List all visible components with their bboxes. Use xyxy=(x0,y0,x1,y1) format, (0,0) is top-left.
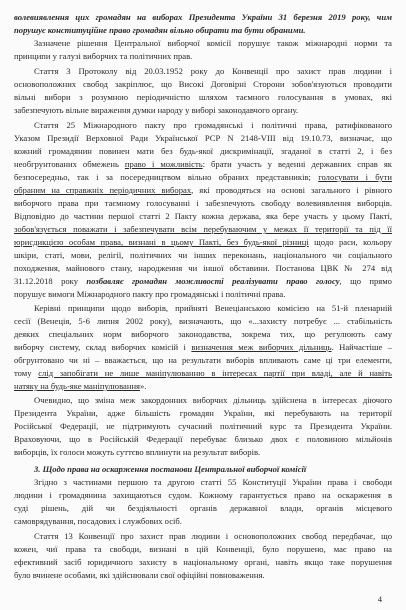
text-run: Зазначене рішення Центральної виборчої к… xyxy=(34,38,392,48)
text-run: безпосередньо, так і за посередництвом в… xyxy=(14,172,318,182)
text-run: ефективний засіб юридичного захисту в на… xyxy=(14,557,392,567)
underlined-text: юрисдикцією особам права, визнані в цьом… xyxy=(14,237,309,247)
text-run: Відповідно до частини першої статті 2 Па… xyxy=(14,211,392,221)
text-run: виборців, їх голоси можуть суттєво вплин… xyxy=(14,447,260,457)
text-run: порушує вимоги Міжнародного пакту про гр… xyxy=(14,289,285,299)
text-line: Стаття 13 Конвенції про захист прав люди… xyxy=(14,531,392,542)
text-line: вільні вибори з розумною періодичністю ш… xyxy=(14,92,392,103)
text-run: Очевидно, що зміна меж закордонних вибор… xyxy=(34,395,392,405)
text-line: Керівні принципи щодо виборів, прийняті … xyxy=(14,303,392,314)
text-run: виборчого права при таємному голосуванні… xyxy=(14,198,392,208)
text-line: суді рішень, дій чи бездіяльності органі… xyxy=(14,503,392,514)
text-run: ». xyxy=(140,381,146,391)
text-run: деяких спеціальних норм виборчого законо… xyxy=(14,329,392,339)
text-run: принципи у галузі виборчих та політичних… xyxy=(14,51,192,61)
text-line: принципи у галузі виборчих та політичних… xyxy=(14,51,392,62)
emphasized-text: позбавляє громадян можливості реалізуват… xyxy=(86,276,339,286)
text-line: сесії (Венеція, 5-6 липня 2002 року), ви… xyxy=(14,316,392,327)
underlined-text: слід запобігати не лише маніпулюванню в … xyxy=(38,368,392,378)
underlined-text: право і можливість xyxy=(125,159,203,169)
text-run: Згідно з частинами першою та другою стат… xyxy=(34,477,392,487)
text-run: 31.12.2018 року xyxy=(14,276,86,286)
text-run: людини і громадянина захищаються судом. … xyxy=(14,490,392,500)
text-run: шкіри, статі, мови, релігії, політичних … xyxy=(14,250,392,260)
text-run: Стаття 25 Міжнародного пакту про громадя… xyxy=(34,120,392,130)
document-page: волевиявлення цих громадян на виборах Пр… xyxy=(0,0,406,610)
text-run: кожний громадянин повинен мати без будь-… xyxy=(14,146,392,156)
underlined-text: зобов'язується поважати і забезпечувати … xyxy=(14,224,392,234)
underlined-text: голосувати і бути xyxy=(318,172,392,182)
text-run: суді рішень, дій чи бездіяльності органі… xyxy=(14,503,392,513)
text-run: Керівні принципи щодо виборів, прийняті … xyxy=(34,303,392,313)
text-run: Указом Президії Верховної Ради Українськ… xyxy=(14,133,392,143)
text-line: кожен, чиї права та свободи, визнані в ц… xyxy=(14,544,392,555)
text-line: необгрунтованих обмежень право і можливі… xyxy=(14,159,392,170)
text-line: ефективний засіб юридичного захисту в на… xyxy=(14,557,392,568)
text-line: Стаття 25 Міжнародного пакту про громадя… xyxy=(14,120,392,131)
text-line: Відповідно до частини першої статті 2 Па… xyxy=(14,211,392,222)
section-heading: 3. Щодо права на оскарження постанови Це… xyxy=(34,464,392,475)
text-line: Очевидно, що зміна меж закордонних вибор… xyxy=(14,395,392,406)
text-line: волевиявлення цих громадян на виборах Пр… xyxy=(14,12,392,23)
text-line: Президента України, адже більшість грома… xyxy=(14,408,392,419)
text-line: порушує конституційне право громадян віл… xyxy=(14,25,392,36)
text-run: Російської Федерації, не підтримують суч… xyxy=(14,421,392,431)
text-line: Зазначене рішення Центральної виборчої к… xyxy=(14,38,392,49)
text-line: виборців, їх голоси можуть суттєво вплин… xyxy=(14,447,392,458)
text-line: Стаття 3 Протоколу від 20.03.1952 року д… xyxy=(14,66,392,77)
text-line: кожний громадянин повинен мати без будь-… xyxy=(14,146,392,157)
text-line: обгрунтовано чи ні – вважається, що на р… xyxy=(14,355,392,366)
text-line: було вчинене особами, які здійснювали св… xyxy=(14,570,392,581)
text-line: Російської Федерації, не підтримують суч… xyxy=(14,421,392,432)
text-line: Згідно з частинами першою та другою стат… xyxy=(14,477,392,488)
text-run: вільні вибори з розумною періодичністю ш… xyxy=(14,92,392,102)
text-line: забезпечують вільне вираження думки наро… xyxy=(14,105,392,116)
text-line: 31.12.2018 року позбавляє громадян можли… xyxy=(14,276,392,287)
text-line: людини і громадянина захищаються судом. … xyxy=(14,490,392,501)
text-run: походження, майнового стану, народження … xyxy=(14,263,392,273)
text-run: забезпечують вільне вираження думки наро… xyxy=(14,105,298,115)
text-line: юрисдикцією особам права, визнані в цьом… xyxy=(14,237,392,248)
underlined-text: визначення меж виборчих дільниць xyxy=(191,342,331,352)
text-run: Стаття 3 Протоколу від 20.03.1952 року д… xyxy=(34,66,392,76)
text-run: необгрунтованих обмежень xyxy=(14,159,125,169)
text-run: . Найчастіше – xyxy=(332,342,392,352)
text-run: обгрунтовано чи ні – вважається, що на р… xyxy=(14,355,392,365)
text-line: натяку на будь-яке маніпулювання». xyxy=(14,381,392,392)
text-run: , що прямо xyxy=(340,276,392,286)
page-number: 4 xyxy=(378,594,382,605)
text-line: Враховуючи, що в Російській Федерації пе… xyxy=(14,434,392,445)
text-run: тому xyxy=(14,368,38,378)
emphasized-text: порушує конституційне право громадян віл… xyxy=(14,25,306,35)
text-line: шкіри, статі, мови, релігії, політичних … xyxy=(14,250,392,261)
text-line: тому слід запобігати не лише маніпулюван… xyxy=(14,368,392,379)
text-run: основоположних свобод закріплює, що Висо… xyxy=(14,79,392,89)
text-line: безпосередньо, так і за посередництвом в… xyxy=(14,172,392,183)
text-line: зобов'язується поважати і забезпечувати … xyxy=(14,224,392,235)
underlined-text: натяку на будь-яке маніпулювання xyxy=(14,381,140,391)
text-line: порушує вимоги Міжнародного пакту про гр… xyxy=(14,289,392,300)
text-run: самоврядування, посадових і службових ос… xyxy=(14,516,182,526)
text-run: Враховуючи, що в Російській Федерації пе… xyxy=(14,434,392,444)
text-line: походження, майнового стану, народження … xyxy=(14,263,392,274)
text-run: щодо раси, кольору xyxy=(309,237,392,247)
text-run: Президента України, адже більшість грома… xyxy=(14,408,392,418)
text-line: основоположних свобод закріплює, що Висо… xyxy=(14,79,392,90)
text-line: виборчу систему, склад виборчих комісій … xyxy=(14,342,392,353)
emphasized-text: волевиявлення цих громадян на виборах Пр… xyxy=(14,12,392,22)
text-run: , які проводяться на основі загального і… xyxy=(191,185,392,195)
text-run: виборчу систему, склад виборчих комісій … xyxy=(14,342,191,352)
text-line: самоврядування, посадових і службових ос… xyxy=(14,516,392,527)
text-run: сесії (Венеція, 5-6 липня 2002 року), ви… xyxy=(14,316,392,326)
text-line: Указом Президії Верховної Ради Українськ… xyxy=(14,133,392,144)
text-line: обраним на справжніх періодичних виборах… xyxy=(14,185,392,196)
text-run: було вчинене особами, які здійснювали св… xyxy=(14,570,265,580)
text-run: Стаття 13 Конвенції про захист прав люди… xyxy=(34,531,392,541)
underlined-text: обраним на справжніх періодичних виборах xyxy=(14,185,191,195)
text-line: виборчого права при таємному голосуванні… xyxy=(14,198,392,209)
text-run: : брати участь у веденні державних справ… xyxy=(203,159,392,169)
text-run: кожен, чиї права та свободи, визнані в ц… xyxy=(14,544,392,554)
text-line: деяких спеціальних норм виборчого законо… xyxy=(14,329,392,340)
